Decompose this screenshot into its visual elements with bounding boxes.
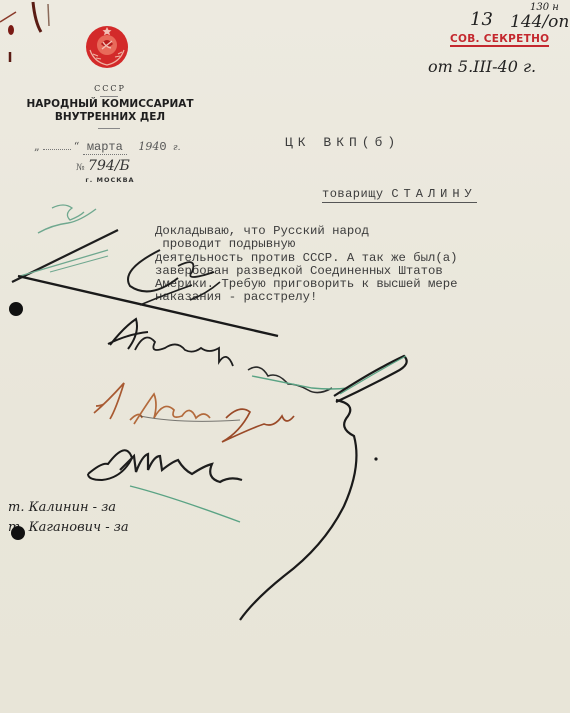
margin-note-kalinin: т. Калинин - за	[8, 500, 116, 515]
body-line: Докладываю, что Русский народ	[155, 225, 458, 238]
letterhead-number: № 794/Б	[76, 158, 130, 174]
signature-voroshilov	[108, 319, 407, 620]
divider	[98, 128, 120, 129]
number-label: №	[76, 163, 85, 173]
recipient-organization: ЦК ВКП(б)	[285, 135, 400, 150]
letterhead-city: г. МОСКВА	[20, 176, 200, 184]
margin-note-kaganovich: т. Каганович - за	[8, 520, 129, 535]
ussr-emblem-icon	[84, 24, 130, 70]
body-line: завербован разведкой Соединенных Штатов	[155, 265, 458, 278]
secret-stamp: СОВ. СЕКРЕТНО	[450, 33, 549, 47]
divider	[100, 96, 118, 97]
handwritten-reference: 144/оп	[510, 12, 569, 32]
body-line: деятельность против СССР. А так же был(а…	[155, 252, 458, 265]
salutation-name: СТАЛИНУ	[391, 187, 476, 201]
number-value: 794/Б	[88, 158, 130, 174]
punch-hole	[11, 526, 25, 540]
body-text: Докладываю, что Русский народ проводит п…	[155, 225, 458, 305]
date-month: марта	[83, 140, 127, 155]
body-line: наказания - расстрелу!	[155, 291, 458, 304]
handwritten-number: 13	[470, 9, 493, 30]
salutation-word: товарищу	[322, 187, 384, 201]
date-year-typed: 0	[159, 140, 166, 154]
letterhead-agency-line1: НАРОДНЫЙ КОМИССАРИАТ	[20, 98, 200, 111]
handwritten-date: от 5.III-40 г.	[428, 57, 536, 76]
body-line: проводит подрывную	[155, 238, 458, 251]
date-year-printed: 194	[138, 140, 159, 153]
date-quote-open: „	[34, 140, 40, 153]
body-line: Америки. Требую приговорить к высшей мер…	[155, 278, 458, 291]
salutation: товарищу СТАЛИНУ	[322, 187, 477, 203]
letterhead-country: СССР	[20, 84, 200, 93]
letterhead-agency-line2: ВНУТРЕННИХ ДЕЛ	[20, 111, 200, 124]
document-page: СССР НАРОДНЫЙ КОМИССАРИАТ ВНУТРЕННИХ ДЕЛ…	[0, 0, 570, 713]
date-quote-close: “	[74, 140, 80, 153]
letterhead-date: „“ марта 1940 г.	[34, 140, 180, 154]
punch-hole	[9, 302, 23, 316]
date-suffix: г.	[173, 143, 180, 153]
signature-molotov	[94, 383, 294, 442]
